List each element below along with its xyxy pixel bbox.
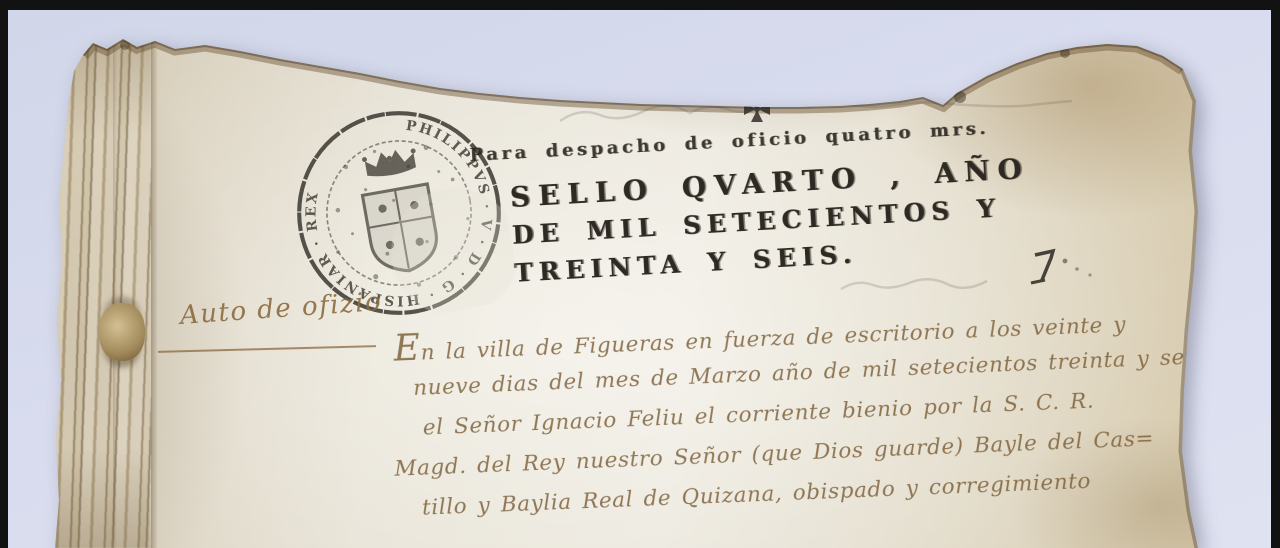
document-page-wrap: Para despacho de oficio quatro mrs. SELL… (55, 35, 1205, 548)
ink-bleedthrough (555, 87, 1145, 135)
ink-blot (1027, 245, 1117, 301)
frame-bar-right (1271, 0, 1280, 548)
ink-bleedthrough (835, 261, 1005, 303)
frame-bar-left (0, 0, 8, 548)
photo-frame: Para despacho de oficio quatro mrs. SELL… (0, 0, 1280, 548)
seal-crown-icon (361, 146, 419, 179)
frame-bar-top (0, 0, 1280, 10)
manuscript-block: En la villa de Figueras en fuerza de esc… (385, 301, 1192, 533)
document-page: Para despacho de oficio quatro mrs. SELL… (55, 35, 1205, 548)
